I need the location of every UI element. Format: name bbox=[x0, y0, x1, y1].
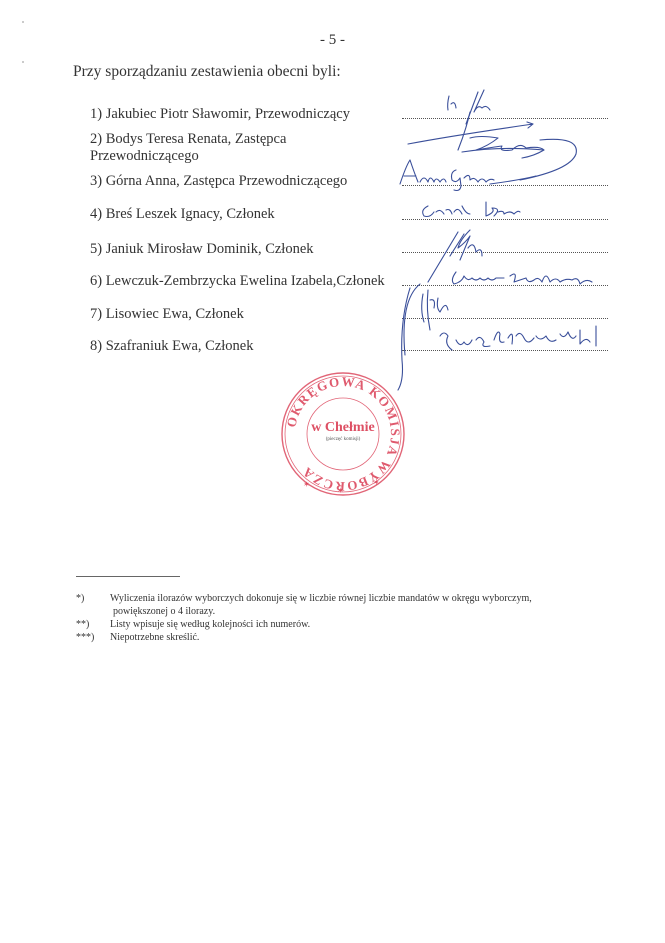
signature-line-6 bbox=[402, 285, 608, 286]
member-6: 6) Lewczuk-Zembrzycka Ewelina Izabela,Cz… bbox=[90, 273, 390, 290]
svg-text:✶: ✶ bbox=[373, 478, 380, 487]
footnote-1-mark: *) bbox=[76, 592, 110, 605]
footnote-2-mark: **) bbox=[76, 618, 110, 631]
member-1: 1) Jakubiec Piotr Sławomir, Przewodniczą… bbox=[90, 106, 390, 123]
member-2: 2) Bodys Teresa Renata, Zastępca Przewod… bbox=[90, 131, 390, 165]
footnote-1: *)Wyliczenia ilorazów wyborczych dokonuj… bbox=[76, 592, 596, 618]
member-8: 8) Szafraniuk Ewa, Członek bbox=[90, 338, 390, 355]
member-3-text: 3) Górna Anna, Zastępca Przewodniczącego bbox=[90, 173, 347, 189]
signature-line-3 bbox=[402, 185, 608, 186]
footnote-2-text: Listy wpisuje się według kolejności ich … bbox=[110, 618, 590, 631]
member-3: 3) Górna Anna, Zastępca Przewodniczącego bbox=[90, 173, 390, 190]
member-2-text: 2) Bodys Teresa Renata, Zastępca bbox=[90, 131, 286, 147]
footnote-1-text: Wyliczenia ilorazów wyborczych dokonuje … bbox=[110, 593, 532, 604]
member-5: 5) Janiuk Mirosław Dominik, Członek bbox=[90, 241, 390, 258]
stamp-center-text: w Chełmie bbox=[311, 420, 374, 435]
svg-text:✶: ✶ bbox=[303, 480, 310, 489]
page-number: - 5 - bbox=[0, 32, 665, 49]
stamp-center-subtext: (pieczęć komisji) bbox=[326, 437, 361, 442]
footnote-3-text: Niepotrzebne skreślić. bbox=[110, 631, 590, 644]
signature-line-1 bbox=[402, 118, 608, 119]
member-4-text: 4) Breś Leszek Ignacy, Członek bbox=[90, 206, 275, 222]
member-7-text: 7) Lisowiec Ewa, Członek bbox=[90, 306, 244, 322]
footnote-separator bbox=[76, 576, 180, 577]
scan-mark bbox=[22, 61, 24, 63]
member-6-text: 6) Lewczuk-Zembrzycka Ewelina Izabela,Cz… bbox=[90, 273, 385, 289]
footnote-3: ***)Niepotrzebne skreślić. bbox=[76, 631, 596, 644]
signature-line-5 bbox=[402, 252, 608, 253]
signature-line-7 bbox=[402, 318, 608, 319]
footnote-3-mark: ***) bbox=[76, 631, 110, 644]
member-4: 4) Breś Leszek Ignacy, Członek bbox=[90, 206, 390, 223]
official-stamp: OKRĘGOWA KOMISJA WYBORCZA ✶ ✶ ✶ w Chełmi… bbox=[278, 369, 408, 499]
signature-line-4 bbox=[402, 219, 608, 220]
member-2-text-cont: Przewodniczącego bbox=[90, 148, 199, 164]
footnote-1-cont: powiększonej o 4 ilorazy. bbox=[110, 605, 590, 618]
member-7: 7) Lisowiec Ewa, Członek bbox=[90, 306, 390, 323]
member-5-text: 5) Janiuk Mirosław Dominik, Członek bbox=[90, 241, 314, 257]
member-8-text: 8) Szafraniuk Ewa, Członek bbox=[90, 338, 253, 354]
svg-text:✶: ✶ bbox=[337, 486, 344, 495]
signature-line-8 bbox=[402, 350, 608, 351]
footnote-2: **)Listy wpisuje się według kolejności i… bbox=[76, 618, 596, 631]
member-1-text: 1) Jakubiec Piotr Sławomir, Przewodniczą… bbox=[90, 106, 350, 122]
scan-mark bbox=[22, 21, 24, 23]
attendance-intro: Przy sporządzaniu zestawienia obecni byl… bbox=[73, 63, 341, 81]
